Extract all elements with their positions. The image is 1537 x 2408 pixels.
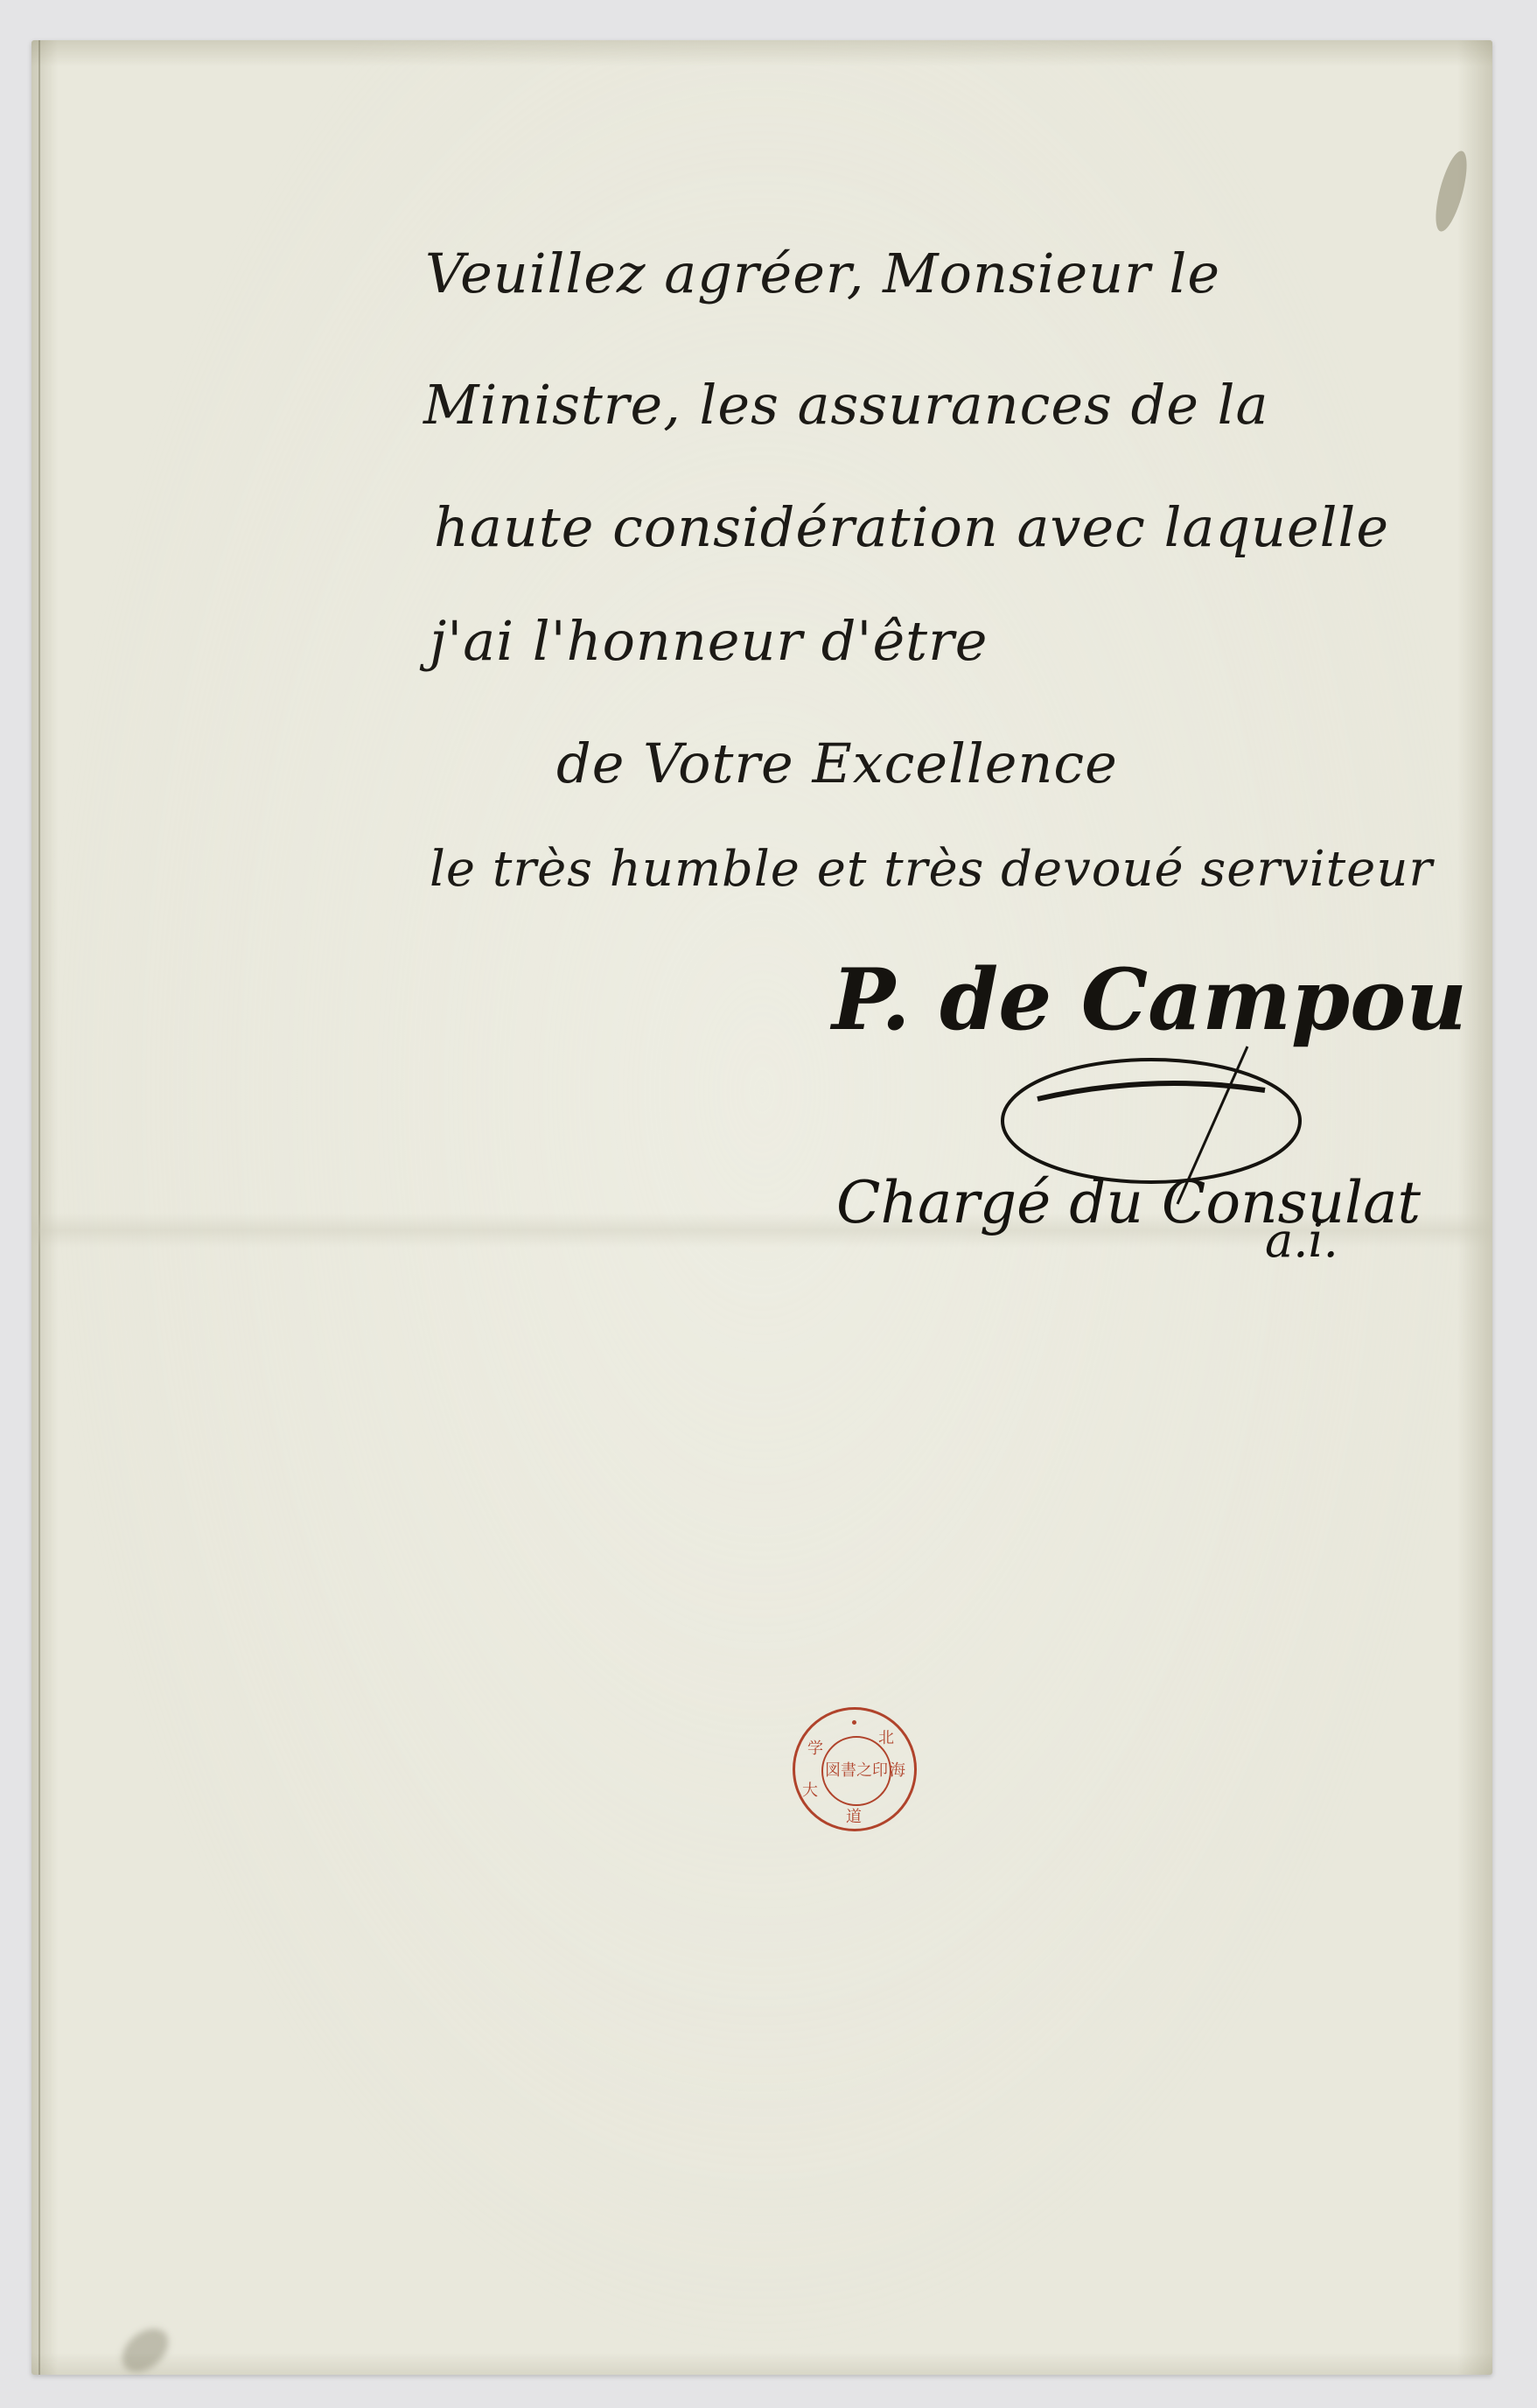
binding-edge [38,40,40,2375]
corner-stain [114,2320,177,2380]
pin-hole-mark [1429,148,1473,234]
signature-suffix: a.i. [1265,1213,1338,1268]
letter-line-2: Ministre, les assurances de la [423,373,1268,437]
stamp-char: 学 [807,1736,823,1759]
stamp-char: 北 [878,1725,894,1748]
stamp-char: 道 [846,1804,862,1827]
stamp-dot [852,1720,856,1725]
stamp-char: 海 [890,1758,905,1781]
letter-page: Veuillez agréer, Monsieur le Ministre, l… [31,40,1492,2375]
stamp-inner-text: 図書之印 [821,1736,891,1806]
letter-line-1: Veuillez agréer, Monsieur le [425,241,1220,305]
letter-line-6: le très humble et très devoué serviteur [430,841,1433,898]
letter-line-4: j'ai l'honneur d'être [430,609,988,673]
stamp-char: 大 [802,1778,818,1801]
letter-line-5: de Votre Excellence [556,731,1118,795]
signature-name: P. de Campou [832,950,1467,1049]
library-seal-stamp: 北 海 道 大 学 図書之印 [793,1707,917,1831]
letter-line-3: haute considération avec laquelle [434,495,1389,559]
